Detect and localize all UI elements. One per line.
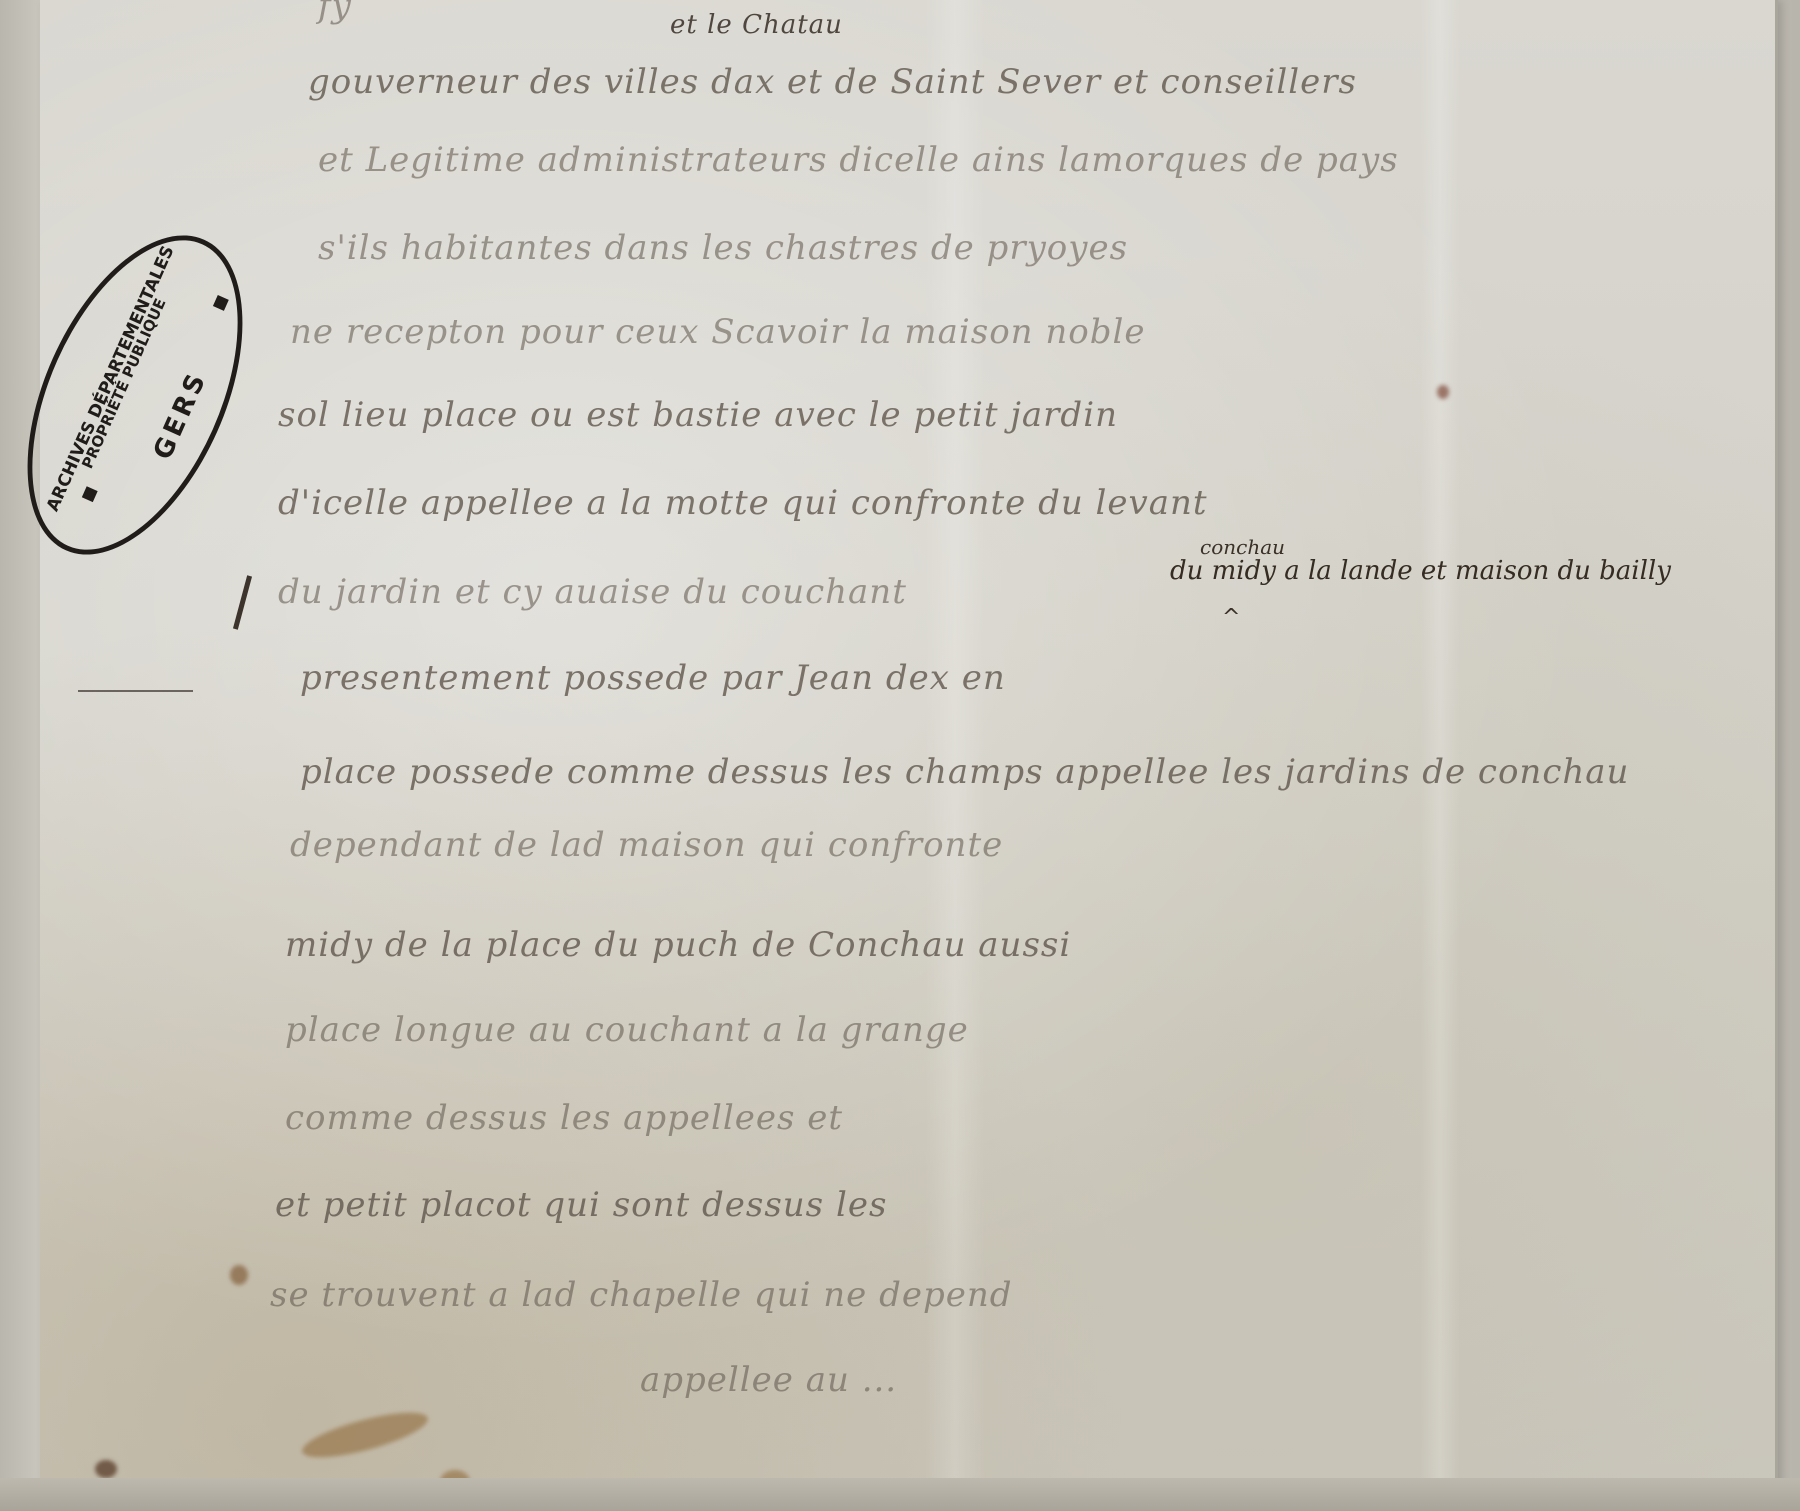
- stamp-dot: [213, 295, 229, 311]
- stamp-line-3: GERS: [148, 366, 214, 464]
- manuscript-line: d'icelle appellee a la motte qui confron…: [278, 483, 1208, 523]
- header-fragment: fy: [318, 0, 352, 26]
- manuscript-line: s'ils habitantes dans les chastres de pr…: [318, 228, 1128, 268]
- manuscript-line: du jardin et cy auaise du couchant: [278, 572, 907, 612]
- ink-stain: [1437, 385, 1449, 399]
- photo-bottom-edge: [0, 1478, 1800, 1511]
- ink-stain: [95, 1460, 117, 1478]
- interlinear-insertion: du midy a la lande et maison du bailly: [1170, 556, 1671, 586]
- paper-fold: [925, 0, 985, 1490]
- manuscript-line: presentement possede par Jean dex en: [300, 658, 1006, 698]
- manuscript-line: et petit placot qui sont dessus les: [275, 1185, 887, 1225]
- manuscript-line: gouverneur des villes dax et de Saint Se…: [308, 62, 1357, 102]
- stamp-dot: [82, 486, 98, 502]
- margin-dash-mark: [78, 690, 193, 692]
- paper-fold: [1420, 0, 1460, 1490]
- manuscript-line: et Legitime administrateurs dicelle ains…: [318, 140, 1399, 180]
- insertion-caret: ^: [1222, 605, 1240, 630]
- manuscript-line: comme dessus les appellees et: [285, 1098, 843, 1138]
- manuscript-line: place possede comme dessus les champs ap…: [300, 752, 1629, 792]
- ink-stain: [230, 1265, 248, 1285]
- above-line-note: et le Chatau: [670, 10, 843, 40]
- manuscript-line: ne recepton pour ceux Scavoir la maison …: [290, 312, 1146, 352]
- manuscript-line: dependant de lad maison qui confronte: [290, 825, 1003, 865]
- manuscript-page: [40, 0, 1778, 1490]
- manuscript-line: sol lieu place ou est bastie avec le pet…: [278, 395, 1118, 435]
- manuscript-line: midy de la place du puch de Conchau auss…: [285, 925, 1071, 965]
- manuscript-line: place longue au couchant a la grange: [285, 1010, 969, 1050]
- manuscript-line: se trouvent a lad chapelle qui ne depend: [270, 1275, 1013, 1315]
- manuscript-line: appellee au ...: [640, 1360, 897, 1400]
